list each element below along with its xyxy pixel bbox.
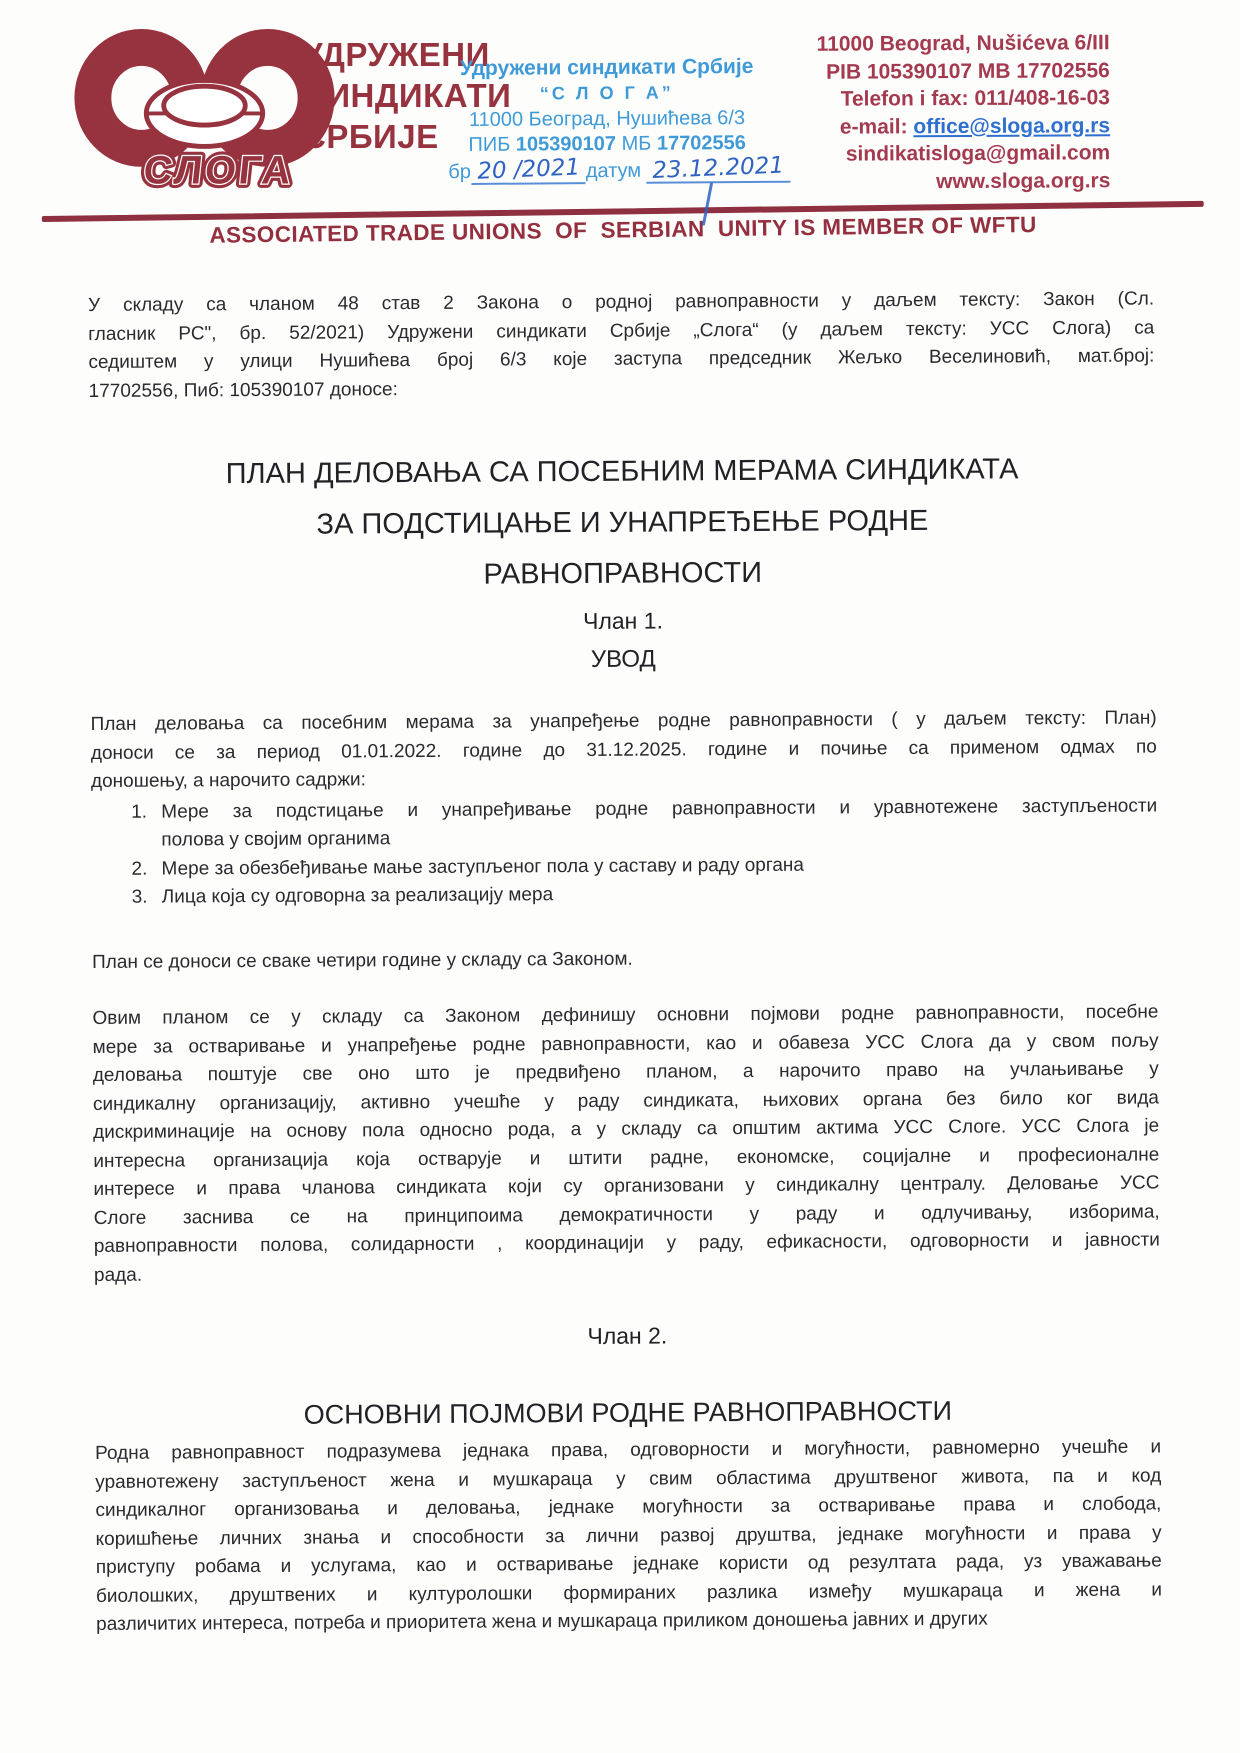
list-item-number: 1. <box>131 798 147 827</box>
title-line: ЗА ПОДСТИЦАЊЕ И УНАПРЕЂЕЊЕ РОДНЕ <box>89 494 1155 552</box>
document-body: У складу са чланом 48 став 2 Закона о ро… <box>88 285 1162 1639</box>
contact-address: 11000 Beograd, Nušićeva 6/III <box>817 29 1110 58</box>
sloga-logo: СЛОГА СЛОГА <box>72 28 337 193</box>
gender-equality-paragraph: Родна равноправност подразумева једнака … <box>95 1433 1162 1639</box>
list-item-number: 3. <box>132 884 148 913</box>
list-item-number: 2. <box>131 855 147 884</box>
svg-text:СЛОГА: СЛОГА <box>141 148 296 192</box>
scanned-document-page: СЛОГА СЛОГА УДРУЖЕНИ СИНДИКАТИ СРБИЈЕ Уд… <box>0 0 1240 1753</box>
contact-phone: Telefon i fax: 011/408-16-03 <box>817 84 1110 113</box>
numbered-list: 1. Мере за подстицање и унапређивање род… <box>91 792 1158 913</box>
text-line: Мере за подстицање и унапређивање родне … <box>161 792 1157 827</box>
email-link: office@sloga.org.rs <box>913 114 1110 138</box>
stamp-number-date-row: бр20 /2021датум 23.12.2021 <box>448 158 766 185</box>
plan-paragraph: План деловања са посебним мерама за унап… <box>91 704 1158 796</box>
list-item: 1. Мере за подстицање и унапређивање род… <box>91 792 1157 856</box>
handwritten-document-number: 20 /2021 <box>470 156 586 183</box>
intro-section-heading: УВОД <box>90 636 1156 683</box>
contact-registration-ids: PIB 105390107 MB 17702556 <box>817 57 1110 86</box>
list-item-text: Мере за подстицање и унапређивање родне … <box>161 792 1157 855</box>
article-1-heading: Члан 1. <box>90 598 1156 643</box>
stamp-address: 11000 Београд, Нушићева 6/3 <box>448 107 766 132</box>
contact-email2: sindikatisloga@gmail.com <box>817 139 1110 168</box>
main-paragraph: Овим планом се у складу са Законом дефин… <box>92 998 1160 1290</box>
list-item-text: Лица која су одговорна за реализацију ме… <box>162 877 1158 912</box>
title-line: РАВНОПРАВНОСТИ <box>90 545 1156 603</box>
stamp-date-label: датум <box>586 160 641 182</box>
stamp-acronym: “С Л О Г А” <box>448 82 766 105</box>
text-line: 17702556, Пиб: 105390107 доносе: <box>89 371 1155 406</box>
handwritten-date: 23.12.2021 <box>646 154 790 182</box>
text-line: Лица која су одговорна за реализацију ме… <box>162 877 1158 912</box>
email-label: e-mail: <box>840 115 914 138</box>
stamp-org-name: Удружени синдикати Србије <box>448 55 766 81</box>
intro-paragraph: У складу са чланом 48 став 2 Закона о ро… <box>88 285 1155 406</box>
text-line: доношењу, а нарочито садржи: <box>91 761 1157 796</box>
article-2-heading: Члан 2. <box>94 1311 1160 1360</box>
stamp-pib-number: 105390107 <box>516 133 616 156</box>
stamp-number-label: бр <box>448 161 471 183</box>
blue-rubber-stamp: Удружени синдикати Србије “С Л О Г А” 11… <box>448 55 767 185</box>
contact-email-row: e-mail: office@sloga.org.rs <box>817 112 1110 141</box>
document-title: ПЛАН ДЕЛОВАЊА СА ПОСЕБНИМ МЕРАМА СИНДИКА… <box>89 443 1156 603</box>
section-2-heading: ОСНОВНИ ПОЈМОВИ РОДНЕ РАВНОПРАВНОСТИ <box>95 1387 1161 1438</box>
stamp-pib-label: ПИБ <box>468 134 510 156</box>
stamp-mb-label: МБ <box>621 133 651 155</box>
contact-website: www.sloga.org.rs <box>817 167 1110 196</box>
note-line: План се доноси се сваке четири године у … <box>92 942 1158 977</box>
title-line: ПЛАН ДЕЛОВАЊА СА ПОСЕБНИМ МЕРАМА СИНДИКА… <box>89 443 1155 501</box>
contact-block: 11000 Beograd, Nušićeva 6/III PIB 105390… <box>817 29 1111 196</box>
list-item: 3. Лица која су одговорна за реализацију… <box>92 877 1158 912</box>
stamp-registration-ids: ПИБ 105390107 МБ 17702556 <box>448 132 766 157</box>
header-banner: ASSOCIATED TRADE UNIONS OF SERBIAN UNITY… <box>42 201 1204 251</box>
chain-links-icon: СЛОГА СЛОГА <box>72 28 337 193</box>
text-line: различитих интереса, потреба и приоритет… <box>96 1604 1162 1639</box>
stamp-mb-number: 17702556 <box>657 132 746 155</box>
